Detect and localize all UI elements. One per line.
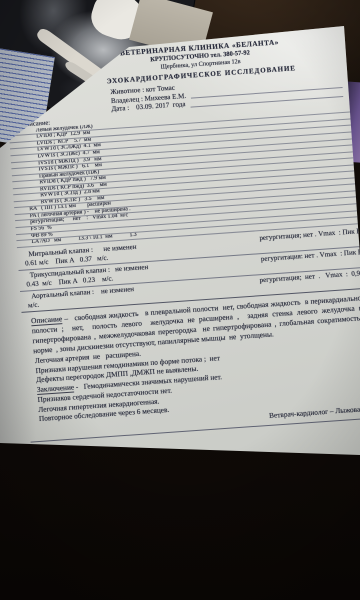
- measurement-table: Левый желудочек (ЛЖ) LVIDd ; КДР 12.9 мм…: [9, 106, 360, 248]
- photo-scene: ВЕТЕРИНАРНАЯ КЛИНИКА «БЕЛАНТА» КРУГЛОСУТ…: [0, 0, 360, 600]
